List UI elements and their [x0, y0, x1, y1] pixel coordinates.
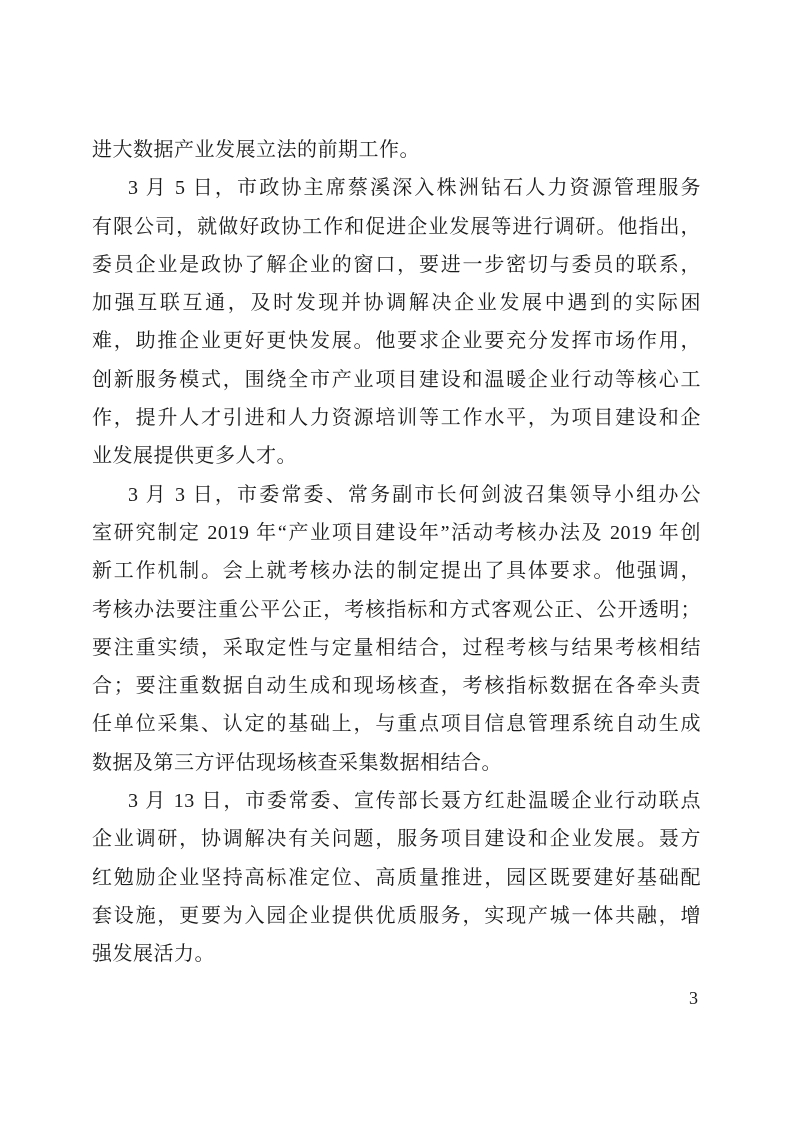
text-line: 有限公司，就做好政协工作和促进企业发展等进行调研。他指出，	[92, 208, 701, 246]
text-line: 业发展提供更多人才。	[92, 437, 701, 475]
text-line: 任单位采集、认定的基础上，与重点项目信息管理系统自动生成	[92, 705, 701, 743]
text-line: 创新服务模式，围绕全市产业项目建设和温暖企业行动等核心工	[92, 361, 701, 399]
document-body: 进大数据产业发展立法的前期工作。3 月 5 日，市政协主席蔡溪深入株洲钻石人力资…	[92, 131, 701, 974]
text-line: 难，助推企业更好更快发展。他要求企业要充分发挥市场作用，	[92, 322, 701, 360]
text-line: 室研究制定 2019 年“产业项目建设年”活动考核办法及 2019 年创	[92, 514, 701, 552]
text-line: 委员企业是政协了解企业的窗口，要进一步密切与委员的联系，	[92, 246, 701, 284]
text-line: 3 月 13 日，市委常委、宣传部长聂方红赴温暖企业行动联点	[92, 782, 701, 820]
text-line: 要注重实绩，采取定性与定量相结合，过程考核与结果考核相结	[92, 629, 701, 667]
text-line: 数据及第三方评估现场核查采集数据相结合。	[92, 744, 701, 782]
page-number: 3	[689, 986, 698, 1010]
text-line: 新工作机制。会上就考核办法的制定提出了具体要求。他强调，	[92, 552, 701, 590]
text-line: 加强互联互通，及时发现并协调解决企业发展中遇到的实际困	[92, 284, 701, 322]
text-line: 合；要注重数据自动生成和现场核查，考核指标数据在各牵头责	[92, 667, 701, 705]
text-line: 企业调研，协调解决有关问题，服务项目建设和企业发展。聂方	[92, 820, 701, 858]
text-line: 作，提升人才引进和人力资源培训等工作水平，为项目建设和企	[92, 399, 701, 437]
text-line: 3 月 5 日，市政协主席蔡溪深入株洲钻石人力资源管理服务	[92, 169, 701, 207]
text-line: 进大数据产业发展立法的前期工作。	[92, 131, 701, 169]
text-line: 考核办法要注重公平公正，考核指标和方式客观公正、公开透明；	[92, 591, 701, 629]
text-line: 红勉励企业坚持高标准定位、高质量推进，园区既要建好基础配	[92, 859, 701, 897]
text-line: 3 月 3 日，市委常委、常务副市长何剑波召集领导小组办公	[92, 476, 701, 514]
text-line: 套设施，更要为入园企业提供优质服务，实现产城一体共融，增	[92, 897, 701, 935]
text-line: 强发展活力。	[92, 935, 701, 973]
document-page: 进大数据产业发展立法的前期工作。3 月 5 日，市政协主席蔡溪深入株洲钻石人力资…	[0, 0, 793, 1122]
